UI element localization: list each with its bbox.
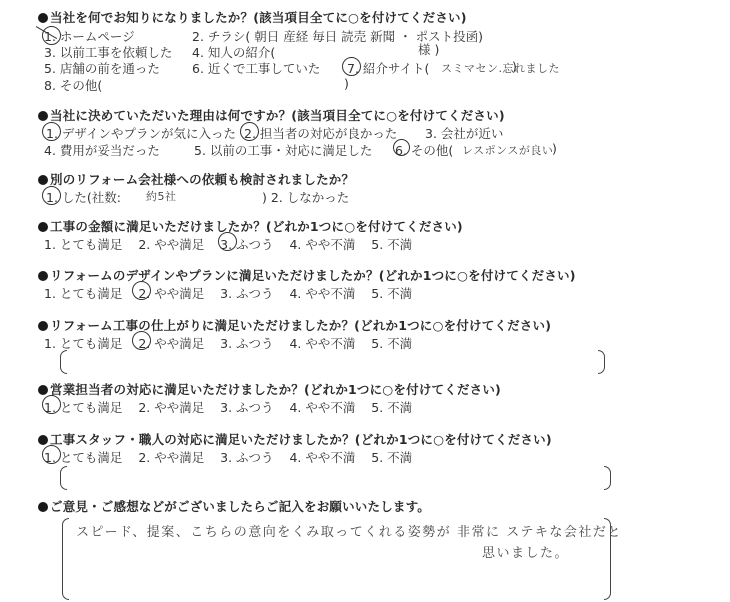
selected-circle xyxy=(218,232,237,251)
q8-options: 1. とても満足 2. やや満足 3. ふつう 4. やや不満 5. 不満 xyxy=(44,448,412,466)
q2-option-1[interactable]: 1. デザインやプランが気に入った xyxy=(46,124,236,142)
q3-handwritten-count: 約5社 xyxy=(146,188,177,204)
q2-close-paren: ) xyxy=(552,141,557,156)
bullet-icon xyxy=(38,435,48,445)
q8-option-3[interactable]: 3. ふつう xyxy=(220,450,273,465)
q1-option-6[interactable]: 6. 近くで工事していた xyxy=(192,59,320,77)
selected-circle xyxy=(42,445,61,464)
question-4-title: 工事の金額に満足いただけましたか？(どれか1つに○を付けてください) xyxy=(38,217,463,235)
q4-option-4[interactable]: 4. やや不満 xyxy=(289,237,355,252)
q1-handwritten-answer: スミマセン.忘れました xyxy=(441,60,560,76)
q8-option-5[interactable]: 5. 不満 xyxy=(371,450,412,465)
q1-option-4-suffix: 様 ) xyxy=(418,40,439,58)
q4-option-5[interactable]: 5. 不満 xyxy=(371,237,412,252)
q2-option-5[interactable]: 5. 以前の工事・対応に満足した xyxy=(194,141,372,159)
q2-option-2[interactable]: 2. 担当者の対応が良かった xyxy=(244,124,397,142)
q9-comment-bracket-left xyxy=(62,518,69,600)
q5-options: 1. とても満足 2. やや満足 3. ふつう 4. やや不満 5. 不満 xyxy=(44,284,412,302)
q2-option-6[interactable]: 6. その他( xyxy=(395,141,453,159)
question-3-title: 別のリフォーム会社様への依頼も検討されましたか？ xyxy=(38,170,354,188)
question-8-title: 工事スタッフ・職人の対応に満足いただけましたか？(どれか1つに○を付けてください… xyxy=(38,430,552,448)
q1-close-paren: ) xyxy=(512,59,517,74)
q7-options: 1. とても満足 2. やや満足 3. ふつう 4. やや不満 5. 不満 xyxy=(44,398,412,416)
q4-option-2[interactable]: 2. やや満足 xyxy=(138,237,204,252)
q6-option-1[interactable]: 1. とても満足 xyxy=(44,336,122,351)
selected-circle xyxy=(132,331,151,350)
question-5-title: リフォームのデザインやプランに満足いただけましたか？(どれか1つに○を付けてくだ… xyxy=(38,266,576,284)
q9-comment-line-2: 思いました。 xyxy=(482,542,569,561)
q6-option-5[interactable]: 5. 不満 xyxy=(371,336,412,351)
q6-comment-bracket-left xyxy=(60,350,67,374)
bullet-icon xyxy=(38,385,48,395)
bullet-icon xyxy=(38,175,48,185)
q7-option-5[interactable]: 5. 不満 xyxy=(371,400,412,415)
q2-option-4[interactable]: 4. 費用が妥当だった xyxy=(44,141,160,159)
bullet-icon xyxy=(38,13,48,23)
q3-option-1[interactable]: 1. した(社数: xyxy=(46,188,121,206)
q1-option-8[interactable]: 8. その他( xyxy=(44,76,102,94)
q8-comment-field[interactable] xyxy=(70,468,595,488)
q5-option-3[interactable]: 3. ふつう xyxy=(220,286,273,301)
q1-option-8-close: ) xyxy=(344,76,349,91)
question-2-title: 当社に決めていただいた理由は何ですか？(該当項目全てに○を付けてください) xyxy=(38,106,505,124)
question-1-title: 当社を何でお知りになりましたか？(該当項目全てに○を付けてください) xyxy=(38,8,467,26)
q6-option-3[interactable]: 3. ふつう xyxy=(220,336,273,351)
q1-option-5[interactable]: 5. 店舗の前を通った xyxy=(44,59,160,77)
bullet-icon xyxy=(38,271,48,281)
q7-option-3[interactable]: 3. ふつう xyxy=(220,400,273,415)
q5-option-1[interactable]: 1. とても満足 xyxy=(44,286,122,301)
q6-options: 1. とても満足 2. やや満足 3. ふつう 4. やや不満 5. 不満 xyxy=(44,334,412,352)
q7-option-2[interactable]: 2. やや満足 xyxy=(138,400,204,415)
q4-option-1[interactable]: 1. とても満足 xyxy=(44,237,122,252)
q9-comment-line-1: スピード、提案、こちらの意向をくみ取ってくれる姿勢が 非常に ステキな会社だと xyxy=(76,521,622,540)
q1-option-7[interactable]: 7. 紹介サイト( xyxy=(347,59,429,77)
bullet-icon xyxy=(38,222,48,232)
q8-comment-bracket-right xyxy=(604,466,611,490)
q6-comment-bracket-right xyxy=(598,350,605,374)
q8-comment-bracket-left xyxy=(60,466,67,490)
q3-option-2[interactable]: ) 2. しなかった xyxy=(262,188,349,206)
bullet-icon xyxy=(38,111,48,121)
q5-option-5[interactable]: 5. 不満 xyxy=(371,286,412,301)
q6-option-4[interactable]: 4. やや不満 xyxy=(289,336,355,351)
q7-option-4[interactable]: 4. やや不満 xyxy=(289,400,355,415)
question-7-title: 営業担当者の対応に満足いただけましたか？(どれか1つに○を付けてください) xyxy=(38,380,501,398)
question-9-title: ご意見・ご感想などがございましたらご記入をお願いいたします。 xyxy=(38,497,430,515)
selected-circle xyxy=(132,281,151,300)
q5-option-4[interactable]: 4. やや不満 xyxy=(289,286,355,301)
bullet-icon xyxy=(38,502,48,512)
q2-option-3[interactable]: 3. 会社が近い xyxy=(425,124,503,142)
q8-option-4[interactable]: 4. やや不満 xyxy=(289,450,355,465)
q6-comment-field[interactable] xyxy=(70,352,590,372)
bullet-icon xyxy=(38,321,48,331)
selected-circle xyxy=(42,395,61,414)
q2-handwritten-answer: レスポンスが良い xyxy=(462,142,553,158)
question-6-title: リフォーム工事の仕上がりに満足いただけましたか？(どれか1つに○を付けてください… xyxy=(38,316,551,334)
q8-option-2[interactable]: 2. やや満足 xyxy=(138,450,204,465)
